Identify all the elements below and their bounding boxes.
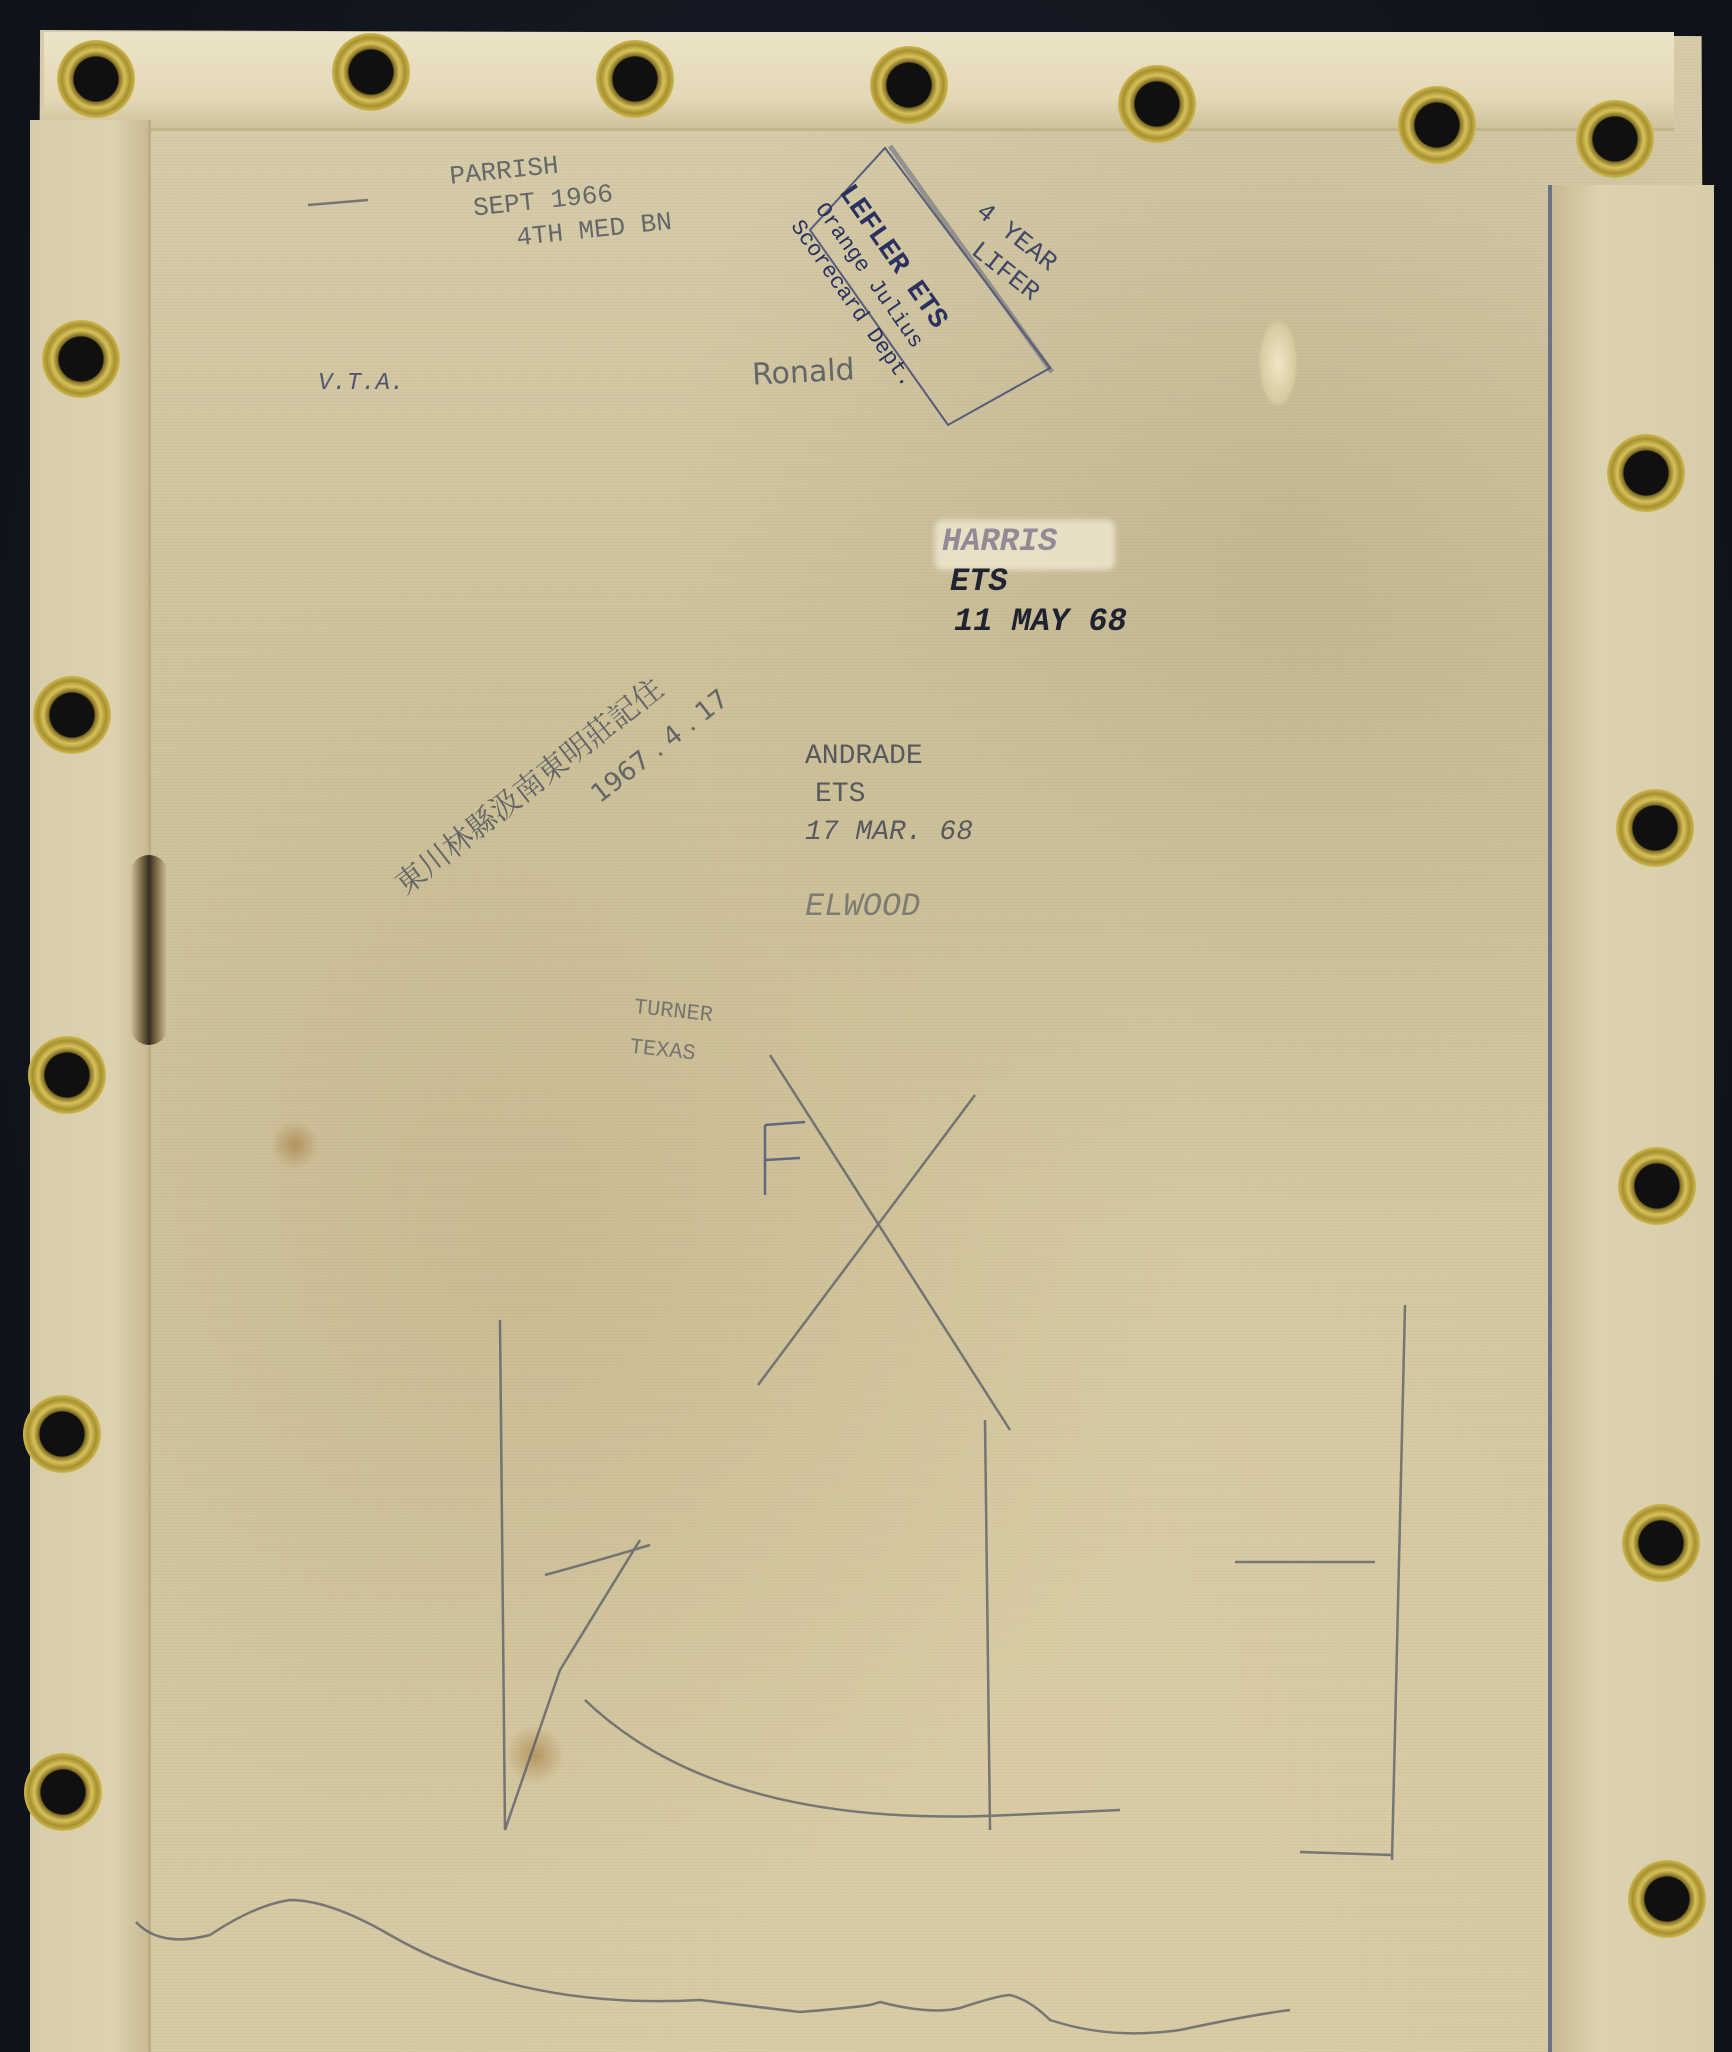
- andrade-ets: ETS: [815, 776, 973, 814]
- ronald-inscription: Ronald: [751, 352, 855, 392]
- turner-inscription: TURNER TEXAS: [628, 988, 715, 1076]
- harris-name: HARRIS: [942, 522, 1127, 562]
- harris-ets: ETS: [950, 562, 1127, 602]
- andrade-name: ANDRADE: [805, 738, 973, 776]
- initials-inscription: V.T.A.: [318, 370, 404, 397]
- andrade-inscription: ANDRADE ETS 17 MAR. 68: [805, 738, 973, 852]
- photo-scene: PARRISH SEPT 1966 4TH MED BN LEFLER ETS …: [0, 0, 1732, 2052]
- harris-date: 11 MAY 68: [954, 602, 1127, 642]
- andrade-date: 17 MAR. 68: [805, 814, 973, 852]
- harris-inscription: HARRIS ETS 11 MAY 68: [942, 522, 1127, 642]
- turner-state: TEXAS: [628, 1028, 711, 1076]
- elwood-inscription: ELWOOD: [805, 888, 920, 925]
